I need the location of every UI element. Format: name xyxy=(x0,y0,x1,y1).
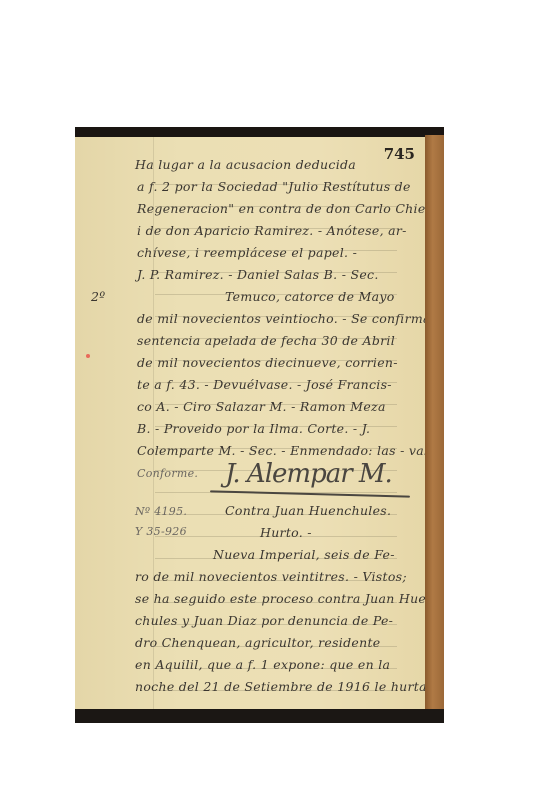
text-line: J. P. Ramirez. - Daniel Salas B. - Sec. xyxy=(137,267,379,282)
text-line: Regeneracion" en contra de don Carlo Chi… xyxy=(137,201,440,216)
text-line: Conforme. xyxy=(137,467,198,480)
document-photo: 745 Ha lugar a la acusacion deducida a f… xyxy=(75,127,444,723)
text-line: co A. - Ciro Salazar M. - Ramon Meza xyxy=(137,399,386,414)
text-line: te a f. 43. - Devuélvase. - José Francis… xyxy=(137,377,392,392)
text-line: dro Chenquean, agricultor, residente xyxy=(135,635,380,650)
text-line: a f. 2 por la Sociedad "Julio Restítutus… xyxy=(137,179,411,194)
text-line: Nueva Imperial, seis de Fe- xyxy=(213,547,395,562)
text-line: Colemparte M. - Sec. - Enmendado: las - … xyxy=(137,443,440,458)
case-number: Nº 4195. xyxy=(135,505,187,518)
text-line: se ha seguido este proceso contra Juan H… xyxy=(135,591,439,606)
text-line: Temuco, catorce de Mayo xyxy=(225,289,395,304)
case-subtitle: Hurto. - xyxy=(260,525,312,540)
frame-bottom xyxy=(75,709,444,723)
signature: J. Alempar M. xyxy=(225,459,392,489)
red-dot-mark xyxy=(86,354,90,358)
text-line: chules y Juan Diaz por denuncia de Pe- xyxy=(135,613,393,628)
book-edge xyxy=(425,135,444,717)
text-line: i de don Aparicio Ramirez. - Anótese, ar… xyxy=(137,223,407,238)
ledger-page: 745 Ha lugar a la acusacion deducida a f… xyxy=(75,137,425,713)
text-line: de mil novecientos veintiocho. - Se conf… xyxy=(137,311,444,326)
text-line: Ha lugar a la acusacion deducida xyxy=(135,157,356,172)
margin-note: 2º xyxy=(91,289,105,304)
text-line: de mil novecientos diecinueve, corrien- xyxy=(137,355,398,370)
text-line: B. - Proveido por la Ilma. Corte. - J. xyxy=(137,421,370,436)
case-number: Y 35-926 xyxy=(135,525,187,538)
text-line: ro de mil novecientos veintitres. - Vist… xyxy=(135,569,407,584)
text-line: chívese, i reemplácese el papel. - xyxy=(137,245,357,260)
text-line: en Aquilil, que a f. 1 expone: que en la xyxy=(135,657,390,672)
case-title: Contra Juan Huenchules. xyxy=(225,503,391,518)
text-line: sentencia apelada de fecha 30 de Abril xyxy=(137,333,395,348)
text-line: noche del 21 de Setiembre de 1916 le hur… xyxy=(135,679,431,694)
page-number: 745 xyxy=(384,145,415,163)
